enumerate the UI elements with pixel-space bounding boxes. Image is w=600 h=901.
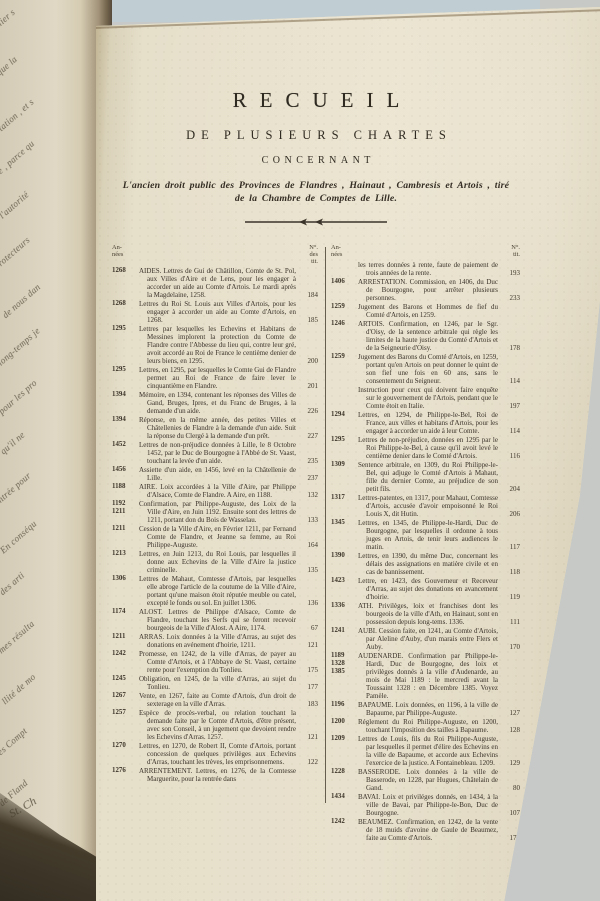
index-entry: 1294 Lettres, en 1294, de Philippe-le-Be… — [331, 411, 520, 435]
entry-text: les terres données à rente, faute de pai… — [358, 261, 498, 277]
entry-year: 1345 — [331, 519, 356, 551]
entry-year: 1268 — [112, 300, 137, 324]
entry-year: 1259 — [331, 353, 356, 385]
index-entry: 1241 AUBI. Cession faite, en 1241, au Co… — [331, 627, 520, 651]
entry-text: Cession de la Ville d'Aire, en Février 1… — [139, 525, 296, 549]
previous-page-text-fragment: l'autorité — [0, 189, 31, 220]
entry-text: Lettres de Louis, fils du Roi Philippe-A… — [358, 735, 498, 767]
entry-year: 1242 — [331, 818, 356, 842]
index-entry: 1456 Assiette d'un aide, en 1456, levé e… — [112, 466, 318, 482]
entry-year: 1174 — [112, 608, 137, 632]
entry-text: Lettres, en 1390, du même Duc, concernan… — [358, 552, 498, 576]
entry-number: 233 — [500, 294, 520, 302]
column-header-right: An- nées N°. tit. — [331, 245, 520, 259]
entry-year: 1452 — [112, 441, 137, 465]
entry-text: Lettres du Roi St. Louis aux Villes d'Ar… — [139, 300, 296, 324]
entry-year: 1245 — [112, 675, 137, 691]
entry-number: 237 — [298, 474, 318, 482]
page-subtitle-2: CONCERNANT — [112, 155, 520, 166]
entry-year: 1211 — [112, 525, 137, 549]
previous-page-text-fragment: pour les pro — [0, 378, 39, 417]
index-entry: 1309 Sentence arbitrale, en 1309, du Roi… — [331, 461, 520, 493]
entry-year: 1200 — [331, 718, 356, 734]
entry-year: 1213 — [112, 550, 137, 574]
entry-text: Lettres de non-préjudice données à Lille… — [139, 441, 296, 465]
entry-text: Lettres par lesquelles les Echevins et H… — [139, 325, 296, 365]
previous-page-text-fragment: ulier s — [0, 7, 17, 31]
entry-year: 1336 — [331, 602, 356, 626]
index-entry: 1306 Lettres de Mahaut, Comtesse d'Artoi… — [112, 575, 318, 607]
entry-year: 1268 — [112, 267, 137, 299]
entry-year: 1295 — [112, 325, 137, 365]
header-years-label: An- nées — [331, 245, 342, 259]
entry-year: 1257 — [112, 709, 137, 741]
entry-text: Lettres de non-préjudice, données en 129… — [358, 436, 498, 460]
entry-text: Confirmation, par Philippe-Auguste, des … — [139, 500, 296, 524]
entry-year: 1394 — [112, 416, 137, 440]
divider-ornament — [112, 214, 520, 232]
entry-text: BEAUMEZ. Confirmation, en 1242, de la ve… — [358, 818, 498, 842]
entry-number: 185 — [298, 316, 318, 324]
entry-text: Lettres, en 1295, par lesquelles le Comt… — [139, 366, 296, 390]
index-entry: 1189 1328 1385 AUDENARDE. Confirmation p… — [331, 652, 520, 700]
entry-year: 1423 — [331, 577, 356, 601]
entry-number: 135 — [298, 566, 318, 574]
entry-year: 1196 — [331, 701, 356, 717]
page-content: RECUEIL DE PLUSIEURS CHARTES CONCERNANT … — [112, 0, 520, 843]
entry-text: Lettre, en 1423, des Gouverneur et Recev… — [358, 577, 498, 601]
entry-year: 1294 — [331, 411, 356, 435]
entry-text: Lettres, en 1294, de Philippe-le-Bel, Ro… — [358, 411, 498, 435]
entry-text: Jugement des Barons et Hommes de fief du… — [358, 303, 498, 319]
previous-page-text-fragment: qu'il ne — [0, 430, 27, 457]
entry-text: Lettres-patentes, en 1317, pour Mahaut, … — [358, 494, 498, 518]
entry-year: 1246 — [331, 320, 356, 352]
index-entry: 1267 Vente, en 1267, faite au Comte d'Ar… — [112, 692, 318, 708]
index-entry: 1270 Lettres, en 1270, de Robert II, Com… — [112, 742, 318, 766]
previous-page-text-fragment: à long-temps je — [0, 326, 42, 373]
page-description: L'ancien droit public des Provinces de F… — [118, 179, 514, 205]
index-entry: 1246 ARTOIS. Confirmation, en 1246, par … — [331, 320, 520, 352]
entry-year: 1270 — [112, 742, 137, 766]
right-entries: les terres données à rente, faute de pai… — [331, 261, 520, 842]
index-entry: 1390 Lettres, en 1390, du même Duc, conc… — [331, 552, 520, 576]
index-entry: 1268 AIDES. Lettres de Gui de Châtillon,… — [112, 267, 318, 299]
index-entry: 1228 BASSERODE. Loix données à la ville … — [331, 768, 520, 792]
previous-page-text-fragment: lte , parce qu — [0, 138, 36, 179]
entry-year: 1267 — [112, 692, 137, 708]
index-entry: 1295 Lettres, en 1295, par lesquelles le… — [112, 366, 318, 390]
entry-text: ARTOIS. Confirmation, en 1246, par le Sg… — [358, 320, 498, 352]
entry-text: ARRENTEMENT. Lettres, en 1276, de la Com… — [139, 767, 296, 783]
index-columns: An- nées N°. des tit. 1268 AIDES. Lettre… — [112, 245, 520, 843]
book-page: RECUEIL DE PLUSIEURS CHARTES CONCERNANT … — [96, 0, 600, 901]
entry-year: 1259 — [331, 303, 356, 319]
entry-text: ATH. Privilèges, loix et franchises dont… — [358, 602, 498, 626]
previous-page-text-fragment: entrée pour — [0, 470, 33, 507]
page-subtitle-1: DE PLUSIEURS CHARTES — [112, 128, 520, 143]
entry-text: Assiette d'un aide, en 1456, levé en la … — [139, 466, 296, 482]
entry-text: AUDENARDE. Confirmation par Philippe-le-… — [358, 652, 498, 700]
index-entry: 1259 Jugement des Barons du Comté d'Arto… — [331, 353, 520, 385]
entry-year: 1276 — [112, 767, 137, 783]
entry-year: 1211 — [112, 633, 137, 649]
entry-year: 1192 1211 — [112, 500, 137, 524]
entry-text: Jugement des Barons du Comté d'Artois, e… — [358, 353, 498, 385]
index-entry: 1345 Lettres, en 1345, de Philippe-le-Ha… — [331, 519, 520, 551]
entry-number: 121 — [298, 641, 318, 649]
previous-page-curl: ulier s n, que la tation , et s lte , pa… — [0, 0, 112, 901]
entry-year: 1390 — [331, 552, 356, 576]
index-entry: 1211 Cession de la Ville d'Aire, en Févr… — [112, 525, 318, 549]
entry-text: Instruction pour ceux qui doivent faire … — [358, 386, 498, 410]
entry-number: 116 — [500, 452, 520, 460]
index-entry: 1276 ARRENTEMENT. Lettres, en 1276, de l… — [112, 767, 318, 783]
entry-year — [331, 261, 356, 277]
index-entry: 1336 ATH. Privilèges, loix et franchises… — [331, 602, 520, 626]
index-entry: Instruction pour ceux qui doivent faire … — [331, 386, 520, 410]
entry-year: 1317 — [331, 494, 356, 518]
index-entry: 1434 BAVAI. Loix et priviléges donnés, e… — [331, 793, 520, 817]
entry-number: 227 — [298, 432, 318, 440]
index-entry: 1196 BAPAUME. Loix données, en 1196, à l… — [331, 701, 520, 717]
entry-number: 107 — [500, 809, 520, 817]
entry-number: 114 — [500, 427, 520, 435]
index-entry: 1242 BEAUMEZ. Confirmation, en 1242, de … — [331, 818, 520, 842]
previous-page-text-fragment: re des arti — [0, 570, 26, 604]
index-entry: 1192 1211 Confirmation, par Philippe-Aug… — [112, 500, 318, 524]
entry-year: 1295 — [112, 366, 137, 390]
entry-year: 1242 — [112, 650, 137, 674]
index-entry: les terres données à rente, faute de pai… — [331, 261, 520, 277]
left-entries: 1268 AIDES. Lettres de Gui de Châtillon,… — [112, 267, 318, 783]
previous-page-text-fragment: protecteurs — [0, 235, 32, 271]
entry-text: Obligation, en 1245, de la ville d'Arras… — [139, 675, 296, 691]
entry-text: ARRESTATION. Commission, en 1406, du Duc… — [358, 278, 498, 302]
entry-year: 1241 — [331, 627, 356, 651]
previous-page-text-fragment: mes résulta — [0, 619, 36, 656]
entry-number: 111 — [500, 618, 520, 626]
entry-number: 235 — [298, 457, 318, 465]
entry-number: 201 — [298, 382, 318, 390]
entry-text: Promesse, en 1242, de la ville d'Arras, … — [139, 650, 296, 674]
index-entry: 1209 Lettres de Louis, fils du Roi Phili… — [331, 735, 520, 767]
entry-number: 197 — [500, 402, 520, 410]
header-number-label: N°. tit. — [511, 245, 520, 259]
entry-text: ALOST. Lettres de Philippe d'Alsace, Com… — [139, 608, 296, 632]
entry-text: BAVAI. Loix et priviléges donnés, en 143… — [358, 793, 498, 817]
index-entry: 1213 Lettres, en Juin 1213, du Roi Louis… — [112, 550, 318, 574]
page-title: RECUEIL — [112, 88, 520, 113]
entry-year: 1228 — [331, 768, 356, 792]
entry-text: ARRAS. Loix données à la Ville d'Arras, … — [139, 633, 296, 649]
entry-text: Lettres, en 1345, de Philippe-le-Hardi, … — [358, 519, 498, 551]
index-entry: 1268 Lettres du Roi St. Louis aux Villes… — [112, 300, 318, 324]
entry-text: Réponse, en la même année, des petites V… — [139, 416, 296, 440]
entry-year: 1309 — [331, 461, 356, 493]
previous-page-text-fragment: En conséqu — [0, 519, 39, 556]
index-entry: 1394 Réponse, en la même année, des peti… — [112, 416, 318, 440]
index-entry: 1257 Espèce de procès-verbal, ou relatio… — [112, 709, 318, 741]
entry-number: 206 — [500, 510, 520, 518]
entry-number: 200 — [298, 357, 318, 365]
previous-page-text-fragment: llité de mo — [0, 672, 38, 707]
index-entry: 1452 Lettres de non-préjudice données à … — [112, 441, 318, 465]
entry-number: 164 — [298, 541, 318, 549]
column-header-left: An- nées N°. des tit. — [112, 245, 318, 265]
entry-year: 1456 — [112, 466, 137, 482]
entry-number: 117 — [500, 543, 520, 551]
entry-number: 118 — [500, 568, 520, 576]
index-entry: 1211 ARRAS. Loix données à la Ville d'Ar… — [112, 633, 318, 649]
entry-number: 204 — [500, 485, 520, 493]
entry-text: Espèce de procès-verbal, ou relation tou… — [139, 709, 296, 741]
index-entry: 1406 ARRESTATION. Commission, en 1406, d… — [331, 278, 520, 302]
index-column-left: An- nées N°. des tit. 1268 AIDES. Lettre… — [112, 245, 318, 843]
entry-text: AIRE. Loix accordées à la Ville d'Aire, … — [139, 483, 296, 499]
header-number-label: N°. des tit. — [309, 245, 318, 265]
index-entry: 1295 Lettres par lesquelles les Echevins… — [112, 325, 318, 365]
entry-number: 136 — [298, 599, 318, 607]
entry-text: Mémoire, en 1394, contenant les réponses… — [139, 391, 296, 415]
entry-number: 119 — [500, 593, 520, 601]
index-entry: 1188 AIRE. Loix accordées à la Ville d'A… — [112, 483, 318, 499]
entry-text: Lettres de Mahaut, Comtesse d'Artois, pa… — [139, 575, 296, 607]
entry-text: Réglement du Roi Philippe-Auguste, en 12… — [358, 718, 498, 734]
index-entry: 1242 Promesse, en 1242, de la ville d'Ar… — [112, 650, 318, 674]
entry-text: AUBI. Cession faite, en 1241, au Comte d… — [358, 627, 498, 651]
entry-number: 132 — [298, 491, 318, 499]
entry-number: 67 — [298, 624, 318, 632]
entry-text: Lettres, en Juin 1213, du Roi Louis, par… — [139, 550, 296, 574]
entry-year: 1188 — [112, 483, 137, 499]
index-entry: 1174 ALOST. Lettres de Philippe d'Alsace… — [112, 608, 318, 632]
entry-number: 127 — [500, 709, 520, 717]
entry-year: 1306 — [112, 575, 137, 607]
entry-number: 128 — [500, 726, 520, 734]
column-divider-rule — [325, 247, 326, 803]
index-entry: 1394 Mémoire, en 1394, contenant les rép… — [112, 391, 318, 415]
previous-page-text-fragment: de nous dan — [0, 282, 42, 320]
previous-page-text-fragment: n, que la — [0, 54, 19, 84]
entry-number: 114 — [500, 377, 520, 385]
previous-page-text-fragment: tation , et s — [0, 97, 36, 133]
header-years-label: An- nées — [112, 245, 123, 265]
entry-number: 172 — [500, 834, 520, 842]
index-entry: 1245 Obligation, en 1245, de la ville d'… — [112, 675, 318, 691]
index-entry: 1423 Lettre, en 1423, des Gouverneur et … — [331, 577, 520, 601]
entry-year: 1209 — [331, 735, 356, 767]
ornament-rule-icon — [241, 217, 391, 227]
entry-number: 80 — [500, 784, 520, 792]
entry-text: AIDES. Lettres de Gui de Châtillon, Comt… — [139, 267, 296, 299]
entry-year: 1295 — [331, 436, 356, 460]
entry-text: BAPAUME. Loix données, en 1196, à la vil… — [358, 701, 498, 717]
entry-year: 1189 1328 1385 — [331, 652, 356, 700]
entry-number: 184 — [298, 291, 318, 299]
entry-year: 1406 — [331, 278, 356, 302]
entry-text: Vente, en 1267, faite au Comte d'Artois,… — [139, 692, 296, 708]
index-entry: 1317 Lettres-patentes, en 1317, pour Mah… — [331, 494, 520, 518]
entry-number: 122 — [298, 758, 318, 766]
title-block: RECUEIL DE PLUSIEURS CHARTES CONCERNANT … — [112, 88, 520, 232]
entry-number: 121 — [298, 733, 318, 741]
index-entry: 1259 Jugement des Barons et Hommes de fi… — [331, 303, 520, 319]
index-entry: 1200 Réglement du Roi Philippe-Auguste, … — [331, 718, 520, 734]
entry-number: 177 — [298, 683, 318, 691]
entry-number: 129 — [500, 759, 520, 767]
entry-number: 226 — [298, 407, 318, 415]
entry-year: 1394 — [112, 391, 137, 415]
entry-text: BASSERODE. Loix données à la ville de Ba… — [358, 768, 498, 792]
entry-year: 1434 — [331, 793, 356, 817]
entry-number: 193 — [500, 269, 520, 277]
index-entry: 1295 Lettres de non-préjudice, données e… — [331, 436, 520, 460]
index-column-right: An- nées N°. tit. les terres données à r… — [331, 245, 520, 843]
entry-number: 178 — [500, 344, 520, 352]
previous-page-text-fragment: des Compt — [0, 726, 29, 760]
entry-number: 170 — [500, 643, 520, 651]
entry-number: 183 — [298, 700, 318, 708]
entry-text: Sentence arbitrale, en 1309, du Roi Phil… — [358, 461, 498, 493]
entry-text: Lettres, en 1270, de Robert II, Comte d'… — [139, 742, 296, 766]
entry-year — [331, 386, 356, 410]
entry-number: 175 — [298, 666, 318, 674]
entry-number: 133 — [298, 516, 318, 524]
